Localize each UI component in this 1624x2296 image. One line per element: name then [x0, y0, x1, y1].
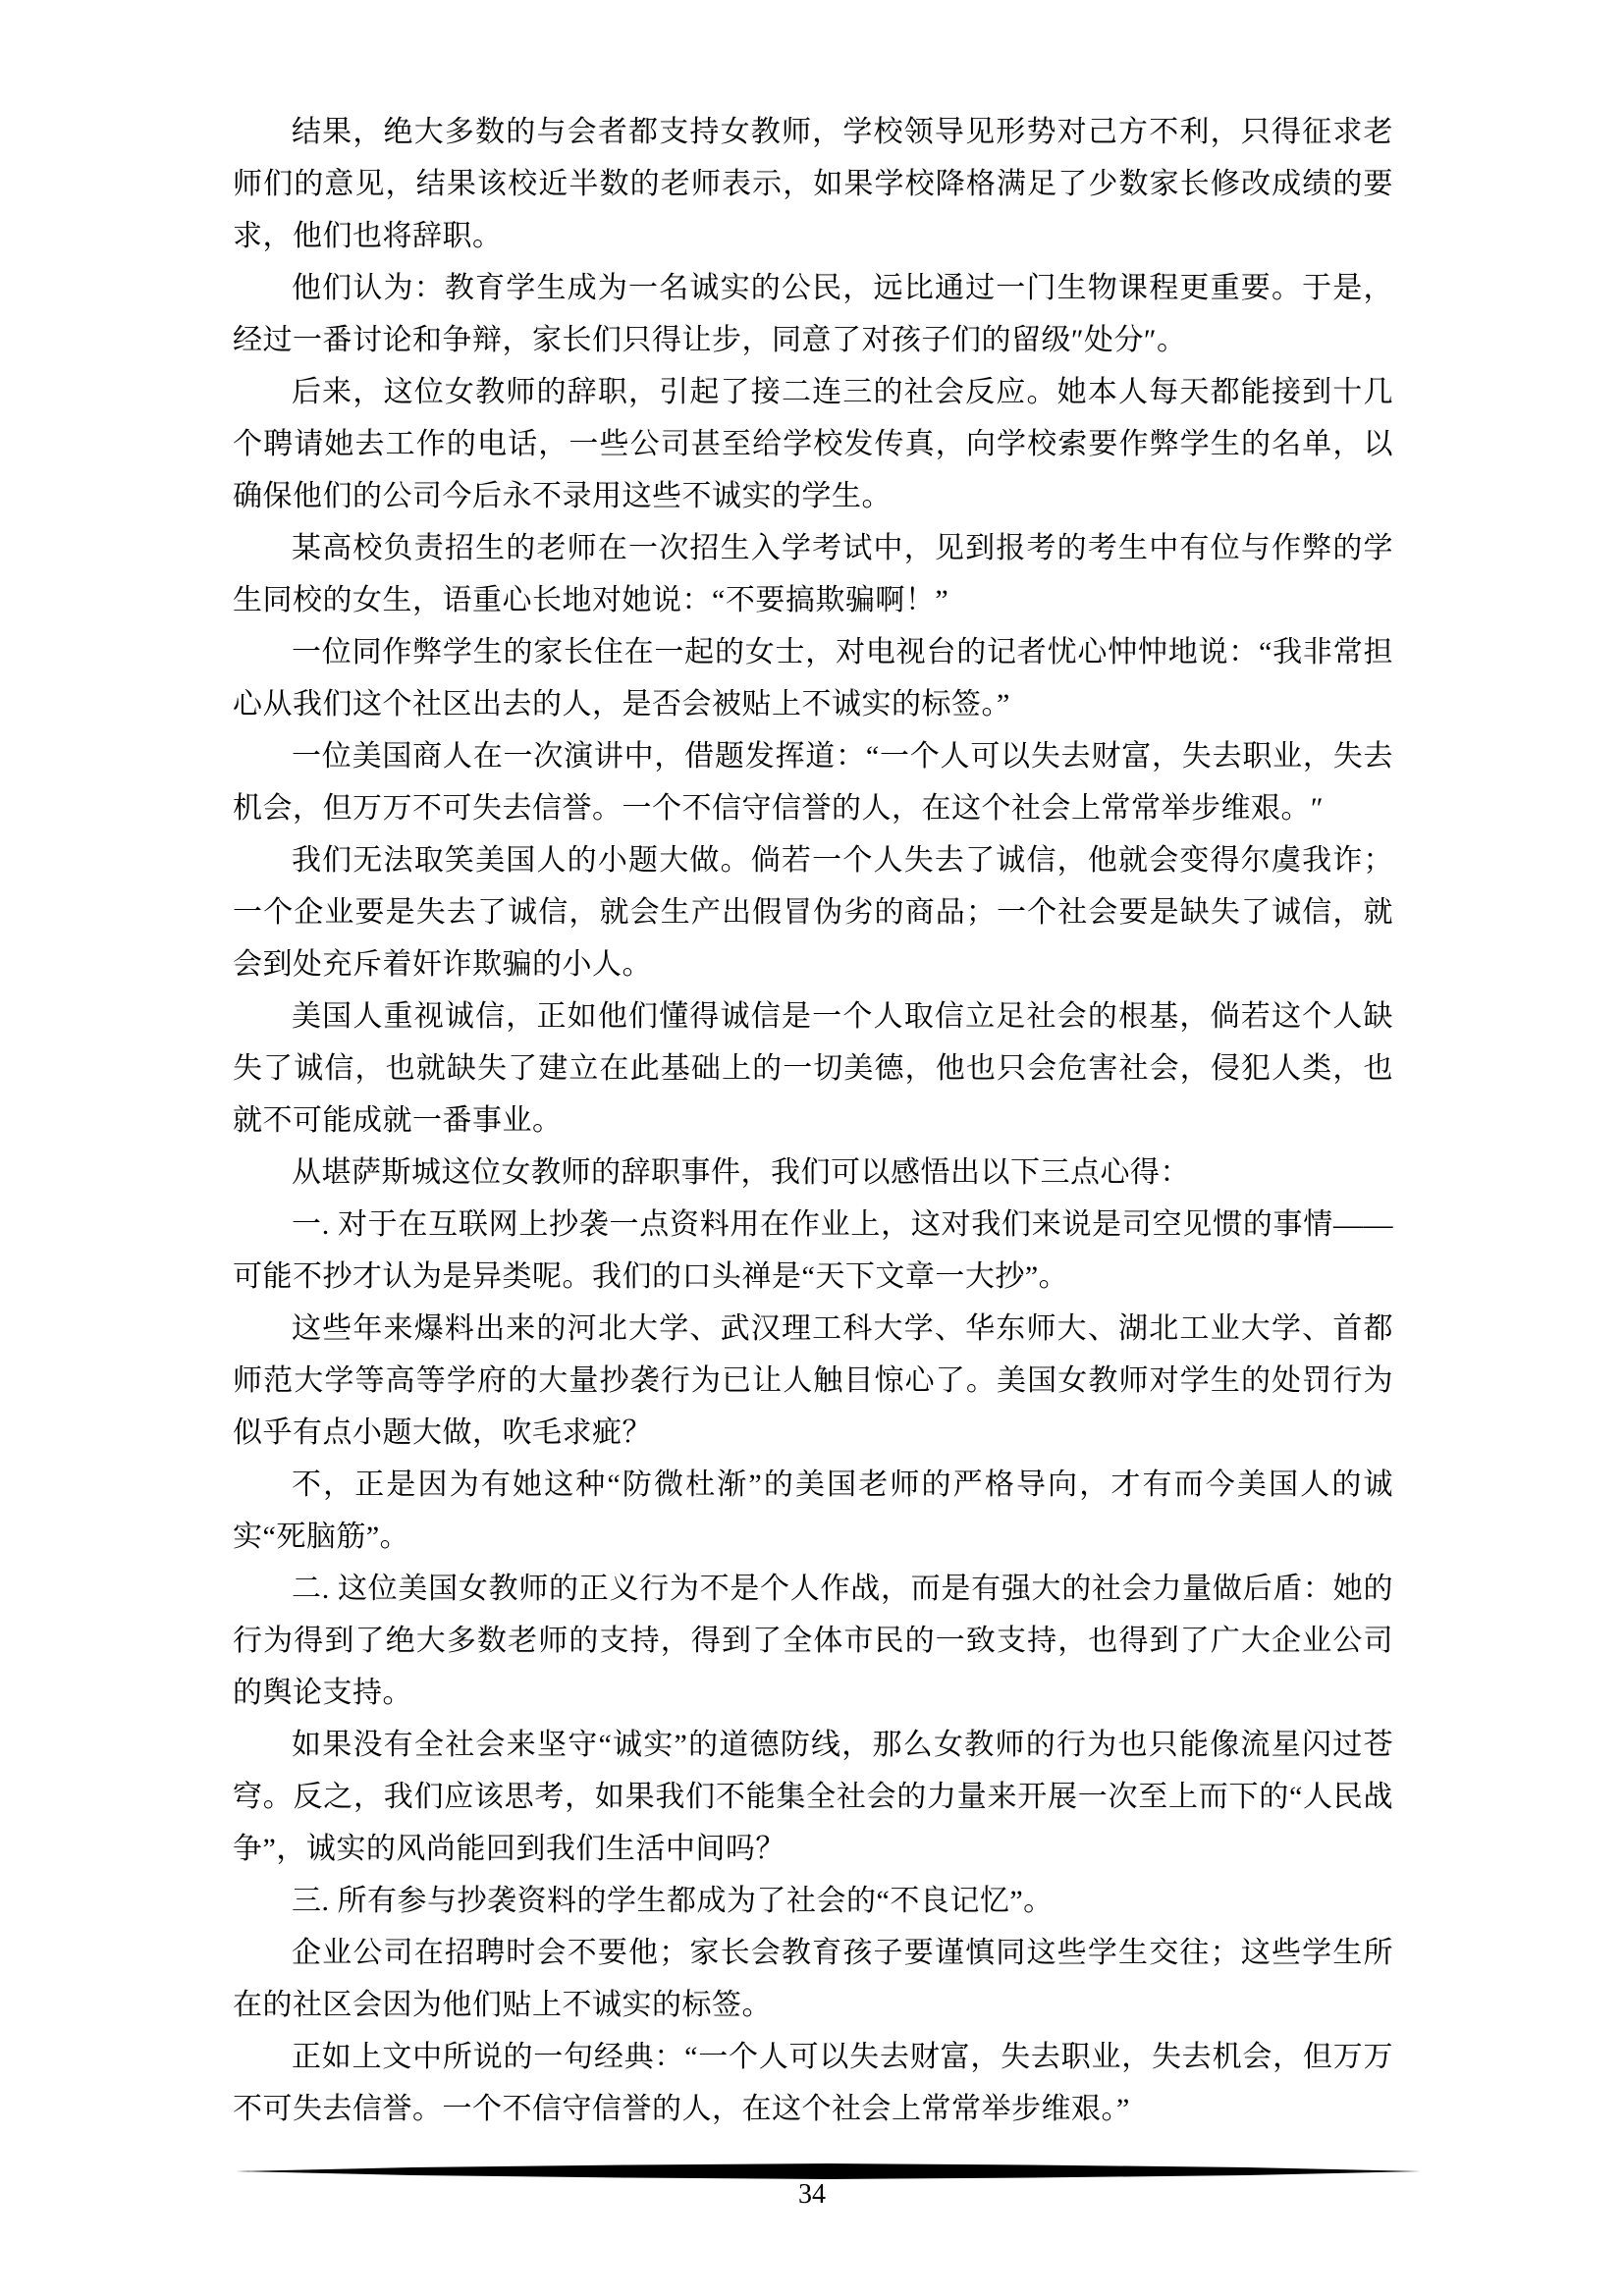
paragraph: 一位美国商人在一次演讲中，借题发挥道：“一个人可以失去财富，失去职业，失去机会，… [233, 730, 1393, 834]
paragraph: 不，正是因为有她这种“防微杜渐”的美国老师的严格导向，才有而今美国人的诚实“死脑… [233, 1459, 1393, 1563]
paragraph: 企业公司在招聘时会不要他；家长会教育孩子要谨慎同这些学生交往；这些学生所在的社区… [233, 1927, 1393, 2031]
paragraph: 美国人重视诚信，正如他们懂得诚信是一个人取信立足社会的根基，倘若这个人缺失了诚信… [233, 990, 1393, 1147]
footer-divider [236, 2163, 1421, 2179]
paragraph: 结果，绝大多数的与会者都支持女教师，学校领导见形势对己方不利，只得征求老师们的意… [233, 106, 1393, 262]
paragraph: 三. 所有参与抄袭资料的学生都成为了社会的“不良记忆”。 [233, 1875, 1393, 1927]
page-number: 34 [0, 2178, 1624, 2212]
paragraph: 这些年来爆料出来的河北大学、武汉理工科大学、华东师大、湖北工业大学、首都师范大学… [233, 1303, 1393, 1459]
paragraph: 从堪萨斯城这位女教师的辞职事件，我们可以感悟出以下三点心得： [233, 1147, 1393, 1199]
paragraph: 二. 这位美国女教师的正义行为不是个人作战，而是有强大的社会力量做后盾：她的行为… [233, 1563, 1393, 1719]
document-page: 结果，绝大多数的与会者都支持女教师，学校领导见形势对己方不利，只得征求老师们的意… [0, 0, 1624, 2296]
paragraph: 他们认为：教育学生成为一名诚实的公民，远比通过一门生物课程更重要。于是，经过一番… [233, 262, 1393, 366]
paragraph: 一. 对于在互联网上抄袭一点资料用在作业上，这对我们来说是司空见惯的事情——可能… [233, 1199, 1393, 1303]
paragraph: 如果没有全社会来坚守“诚实”的道德防线，那么女教师的行为也只能像流星闪过苍穹。反… [233, 1719, 1393, 1875]
paragraph: 一位同作弊学生的家长住在一起的女士，对电视台的记者忧心忡忡地说：“我非常担心从我… [233, 626, 1393, 730]
paragraph: 某高校负责招生的老师在一次招生入学考试中，见到报考的考生中有位与作弊的学生同校的… [233, 522, 1393, 626]
paragraph: 正如上文中所说的一句经典：“一个人可以失去财富，失去职业，失去机会，但万万不可失… [233, 2031, 1393, 2135]
paragraph: 后来，这位女教师的辞职，引起了接二连三的社会反应。她本人每天都能接到十几个聘请她… [233, 366, 1393, 522]
paragraph: 我们无法取笑美国人的小题大做。倘若一个人失去了诚信，他就会变得尔虞我诈；一个企业… [233, 834, 1393, 990]
body-text: 结果，绝大多数的与会者都支持女教师，学校领导见形势对己方不利，只得征求老师们的意… [233, 106, 1393, 2135]
